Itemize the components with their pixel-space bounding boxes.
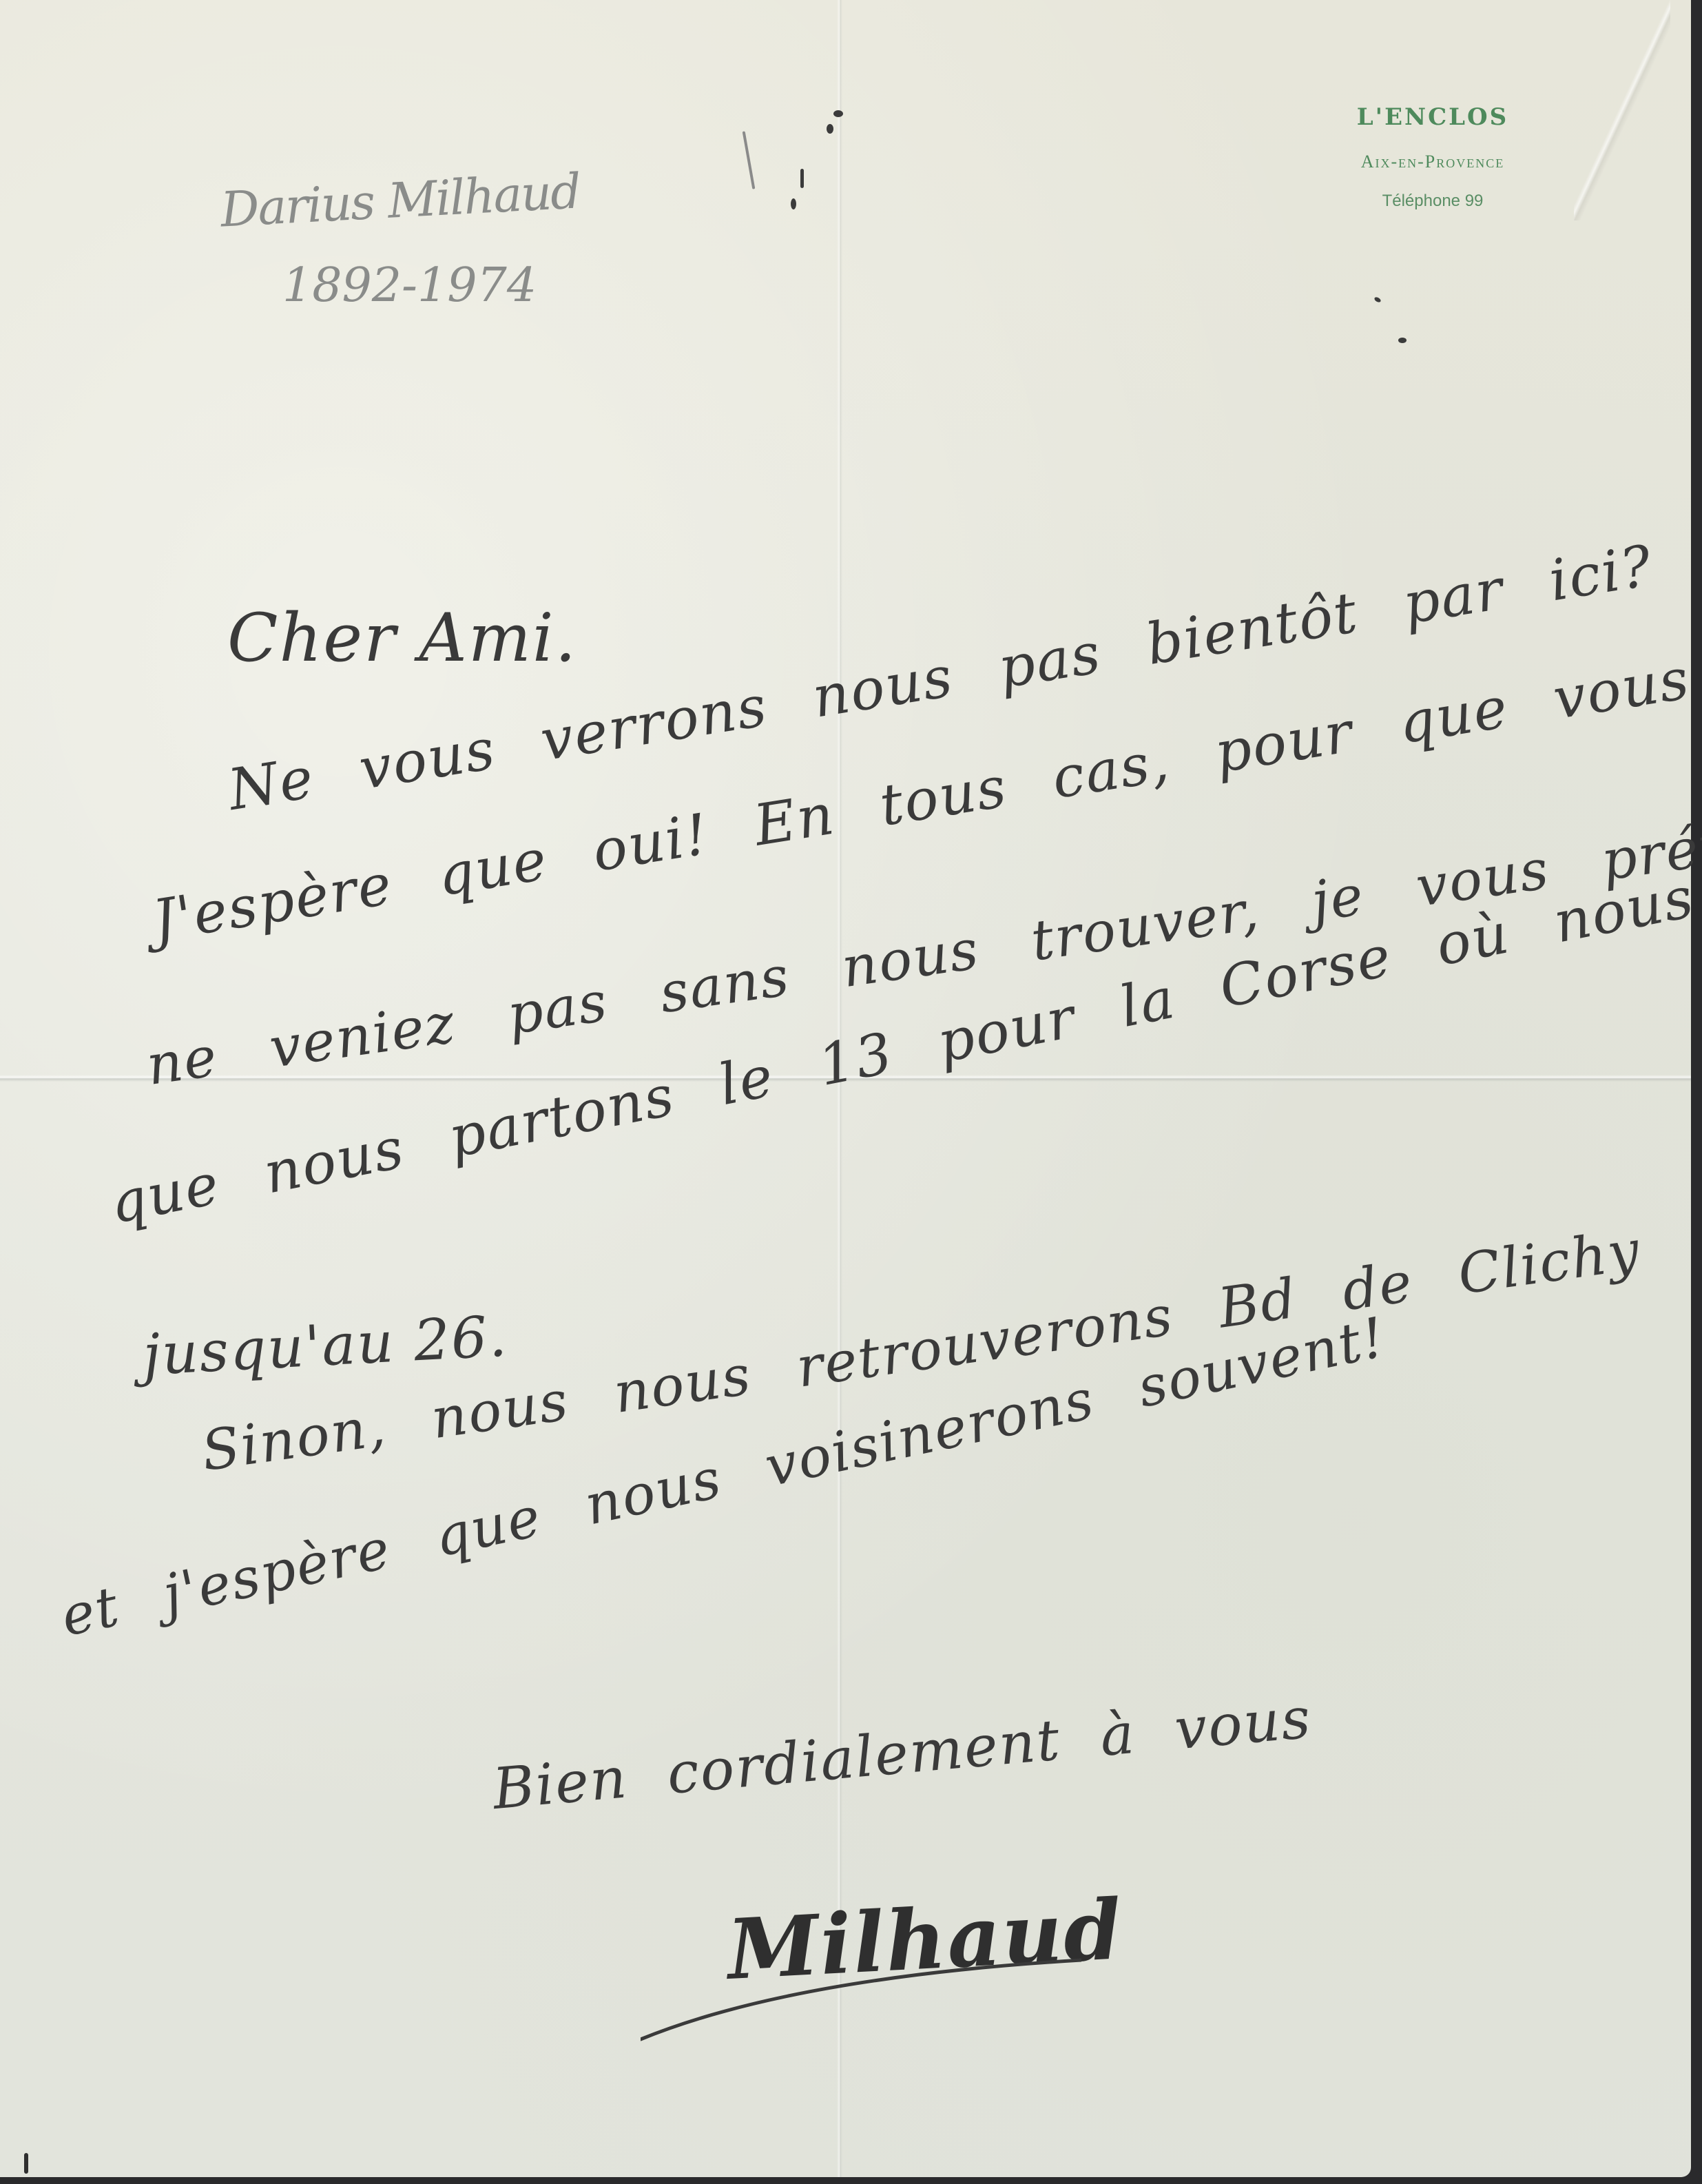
- ink-blot: [743, 131, 756, 189]
- ink-blot: [827, 124, 833, 134]
- pencil-annotation-years: 1892-1974: [282, 258, 537, 313]
- ink-blot: [800, 169, 804, 188]
- letter-salutation: Cher Ami.: [227, 599, 577, 677]
- letterhead-city: Aix-en-Provence: [1260, 152, 1605, 172]
- ink-mark: [24, 2153, 28, 2174]
- ink-blot: [833, 110, 843, 117]
- letterhead: L'ENCLOS Aix-en-Provence Téléphone 99: [1260, 103, 1605, 211]
- pencil-annotation-name: Darius Milhaud: [219, 163, 581, 238]
- letter-closing: Bien cordialement à vous: [490, 1685, 1314, 1822]
- letter-line-5: jusqu'au 26.: [141, 1304, 510, 1388]
- ink-blot: [1373, 296, 1382, 303]
- ink-blot: [791, 198, 796, 209]
- ink-blot: [1398, 338, 1407, 343]
- letter-paper: L'ENCLOS Aix-en-Provence Téléphone 99 Da…: [0, 0, 1691, 2177]
- letterhead-phone: Téléphone 99: [1260, 192, 1605, 211]
- letterhead-name: L'ENCLOS: [1260, 103, 1605, 131]
- signature-flourish: [641, 1957, 1081, 2046]
